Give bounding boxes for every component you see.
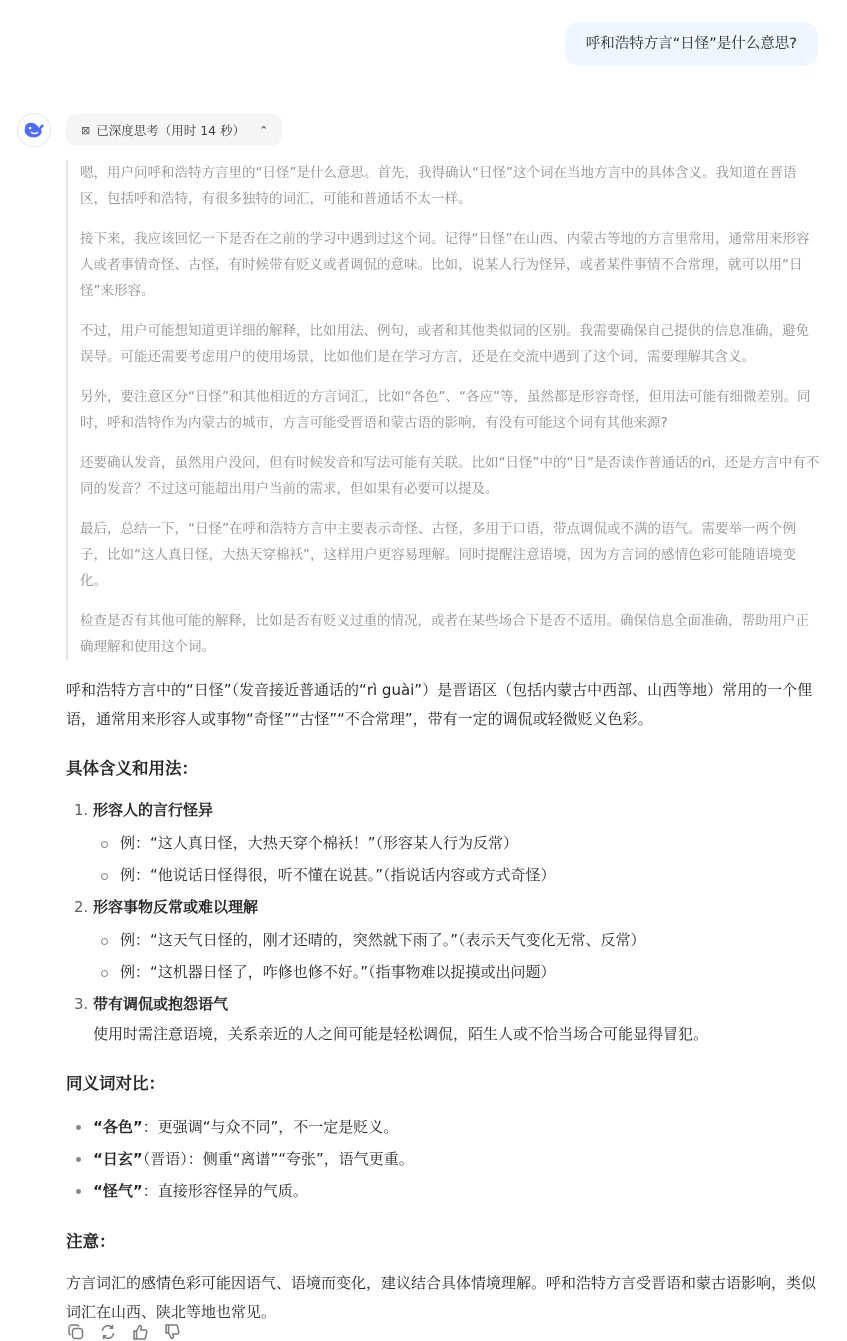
note-body: 方言词汇的感情色彩可能因语气、语境而变化，建议结合具体情境理解。呼和浩特方言受晋… — [66, 1269, 821, 1327]
thinking-content: 嗯，用户问呼和浩特方言里的“日怪”是什么意思。首先，我得确认“日怪”这个词在当地… — [66, 160, 821, 660]
thinking-paragraph: 还要确认发音，虽然用户没问，但有时候发音和写法可能有关联。比如“日怪”中的“日”… — [80, 450, 821, 502]
synonym-item: “各色”：更强调“与众不同”，不一定是贬义。 — [66, 1111, 821, 1143]
synonym-description: ：更强调“与众不同”，不一定是贬义。 — [143, 1118, 399, 1136]
chevron-up-icon: ⌃ — [259, 124, 268, 137]
assistant-answer: 呼和浩特方言中的“日怪”（发音接近普通话的“rì guài”）是晋语区（包括内蒙… — [66, 676, 821, 1327]
usage-item-title: 带有调侃或抱怨语气 — [93, 995, 228, 1013]
usage-item-title: 形容人的言行怪异 — [93, 801, 213, 819]
copy-button[interactable] — [66, 1322, 86, 1341]
usage-item-title: 形容事物反常或难以理解 — [93, 898, 258, 916]
synonym-description: ：直接形容怪异的气质。 — [143, 1182, 308, 1200]
synonym-term: “日玄” — [93, 1150, 143, 1168]
dislike-button[interactable] — [162, 1322, 182, 1341]
message-actions — [66, 1322, 182, 1341]
example-list: 例：“这天气日怪的，刚才还晴的，突然就下雨了。”（表示天气变化无常、反常） 例：… — [93, 924, 821, 988]
deep-thinking-toggle[interactable]: ⊠ 已深度思考（用时 14 秒） ⌃ — [66, 114, 282, 146]
assistant-avatar — [17, 113, 51, 147]
synonym-item: “怪气”：直接形容怪异的气质。 — [66, 1175, 821, 1207]
synonym-list: “各色”：更强调“与众不同”，不一定是贬义。 “日玄”（晋语）：侧重“离谱”“夸… — [66, 1111, 821, 1207]
section-heading-synonyms: 同义词对比： — [66, 1071, 821, 1097]
synonym-item: “日玄”（晋语）：侧重“离谱”“夸张”，语气更重。 — [66, 1143, 821, 1175]
example-item: 例：“这人真日怪，大热天穿个棉袄！”（形容某人行为反常） — [93, 827, 821, 859]
thinking-paragraph: 另外，要注意区分“日怪”和其他相近的方言词汇，比如“各色”、“各应”等，虽然都是… — [80, 384, 821, 436]
thinking-icon: ⊠ — [81, 124, 90, 137]
deepseek-whale-icon — [22, 120, 46, 140]
example-item: 例：“这机器日怪了，咋修也修不好。”（指事物难以捉摸或出问题） — [93, 956, 821, 988]
example-item: 例：“他说话日怪得很，听不懂在说甚。”（指说话内容或方式奇怪） — [93, 859, 821, 891]
list-number: 3. — [74, 990, 88, 1019]
thumbs-up-icon — [131, 1323, 149, 1341]
copy-icon — [67, 1323, 85, 1341]
like-button[interactable] — [130, 1322, 150, 1341]
section-heading-usage: 具体含义和用法： — [66, 756, 821, 782]
thinking-toggle-label: 已深度思考（用时 14 秒） — [96, 121, 245, 139]
usage-item: 1. 形容人的言行怪异 例：“这人真日怪，大热天穿个棉袄！”（形容某人行为反常）… — [66, 796, 821, 891]
usage-item-description: 使用时需注意语境，关系亲近的人之间可能是轻松调侃，陌生人或不恰当场合可能显得冒犯… — [93, 1019, 821, 1049]
usage-list: 1. 形容人的言行怪异 例：“这人真日怪，大热天穿个棉袄！”（形容某人行为反常）… — [66, 796, 821, 1049]
answer-intro: 呼和浩特方言中的“日怪”（发音接近普通话的“rì guài”）是晋语区（包括内蒙… — [66, 676, 821, 734]
thinking-paragraph: 最后，总结一下，“日怪”在呼和浩特方言中主要表示奇怪、古怪，多用于口语，带点调侃… — [80, 516, 821, 594]
usage-item: 3. 带有调侃或抱怨语气 使用时需注意语境，关系亲近的人之间可能是轻松调侃，陌生… — [66, 990, 821, 1049]
regenerate-icon — [99, 1323, 117, 1341]
regenerate-button[interactable] — [98, 1322, 118, 1341]
user-message-text: 呼和浩特方言“日怪”是什么意思? — [586, 36, 797, 52]
thinking-paragraph: 嗯，用户问呼和浩特方言里的“日怪”是什么意思。首先，我得确认“日怪”这个词在当地… — [80, 160, 821, 212]
list-number: 1. — [74, 796, 88, 825]
usage-item: 2. 形容事物反常或难以理解 例：“这天气日怪的，刚才还晴的，突然就下雨了。”（… — [66, 893, 821, 988]
user-message-bubble: 呼和浩特方言“日怪”是什么意思? — [565, 22, 818, 66]
synonym-description: （晋语）：侧重“离谱”“夸张”，语气更重。 — [143, 1150, 414, 1168]
thumbs-down-icon — [163, 1323, 181, 1341]
example-list: 例：“这人真日怪，大热天穿个棉袄！”（形容某人行为反常） 例：“他说话日怪得很，… — [93, 827, 821, 891]
example-item: 例：“这天气日怪的，刚才还晴的，突然就下雨了。”（表示天气变化无常、反常） — [93, 924, 821, 956]
section-heading-note: 注意： — [66, 1229, 821, 1255]
thinking-paragraph: 接下来，我应该回忆一下是否在之前的学习中遇到过这个词。记得“日怪”在山西、内蒙古… — [80, 226, 821, 304]
synonym-term: “各色” — [93, 1118, 143, 1136]
synonym-term: “怪气” — [93, 1182, 143, 1200]
thinking-paragraph: 检查是否有其他可能的解释，比如是否有贬义过重的情况，或者在某些场合下是否不适用。… — [80, 608, 821, 660]
thinking-paragraph: 不过，用户可能想知道更详细的解释，比如用法、例句，或者和其他类似词的区别。我需要… — [80, 318, 821, 370]
list-number: 2. — [74, 893, 88, 922]
